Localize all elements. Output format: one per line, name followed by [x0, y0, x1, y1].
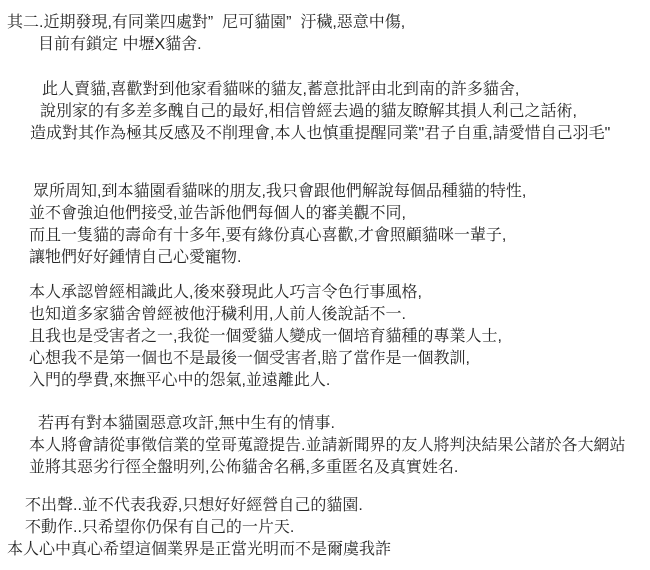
document-page: 其二.近期發現,有同業四處對” 尼可貓園” 汙穢,惡意中傷, 目前有鎖定 中壢X…	[0, 0, 650, 570]
text-line: 不動作..只希望你仍保有自己的一片天.	[0, 517, 650, 539]
text-line: 入門的學費,來撫平心中的怨氣,並遠離此人.	[0, 370, 650, 392]
text-line: 也知道多家貓舍曾經被他汙穢利用,人前人後說話不一.	[0, 304, 650, 326]
text-line: 本人承認曾經相識此人,後來發現此人巧言令色行事風格,	[0, 282, 650, 304]
text-line: 若再有對本貓園惡意攻訐,無中生有的情事.	[0, 413, 650, 435]
text-line: 而且一隻貓的壽命有十多年,要有緣份真心喜歡,才會照顧貓咪一輩子,	[0, 225, 650, 247]
paragraph-4: 本人承認曾經相識此人,後來發現此人巧言令色行事風格, 也知道多家貓舍曾經被他汙穢…	[0, 282, 650, 392]
text-line: 且我也是受害者之一,我從一個愛貓人變成一個培育貓種的專業人士,	[0, 326, 650, 348]
text-line: 讓牠們好好鍾情自己心愛寵物.	[0, 247, 650, 269]
text-line: 並將其惡劣行徑全盤明列,公佈貓舍名稱,多重匿名及真實姓名.	[0, 457, 650, 479]
text-line: 本人心中真心希望這個業界是正當光明而不是爾虞我詐	[0, 539, 650, 561]
paragraph-3: 眾所周知,到本貓園看貓咪的朋友,我只會跟他們解說每個品種貓的特性, 並不會強迫他…	[0, 181, 650, 269]
paragraph-6: 不出聲..並不代表我孬,只想好好經營自己的貓園. 不動作..只希望你仍保有自己的…	[0, 495, 650, 561]
text-line: 不出聲..並不代表我孬,只想好好經營自己的貓園.	[0, 495, 650, 517]
text-line: 並不會強迫他們接受,並告訴他們每個人的審美觀不同,	[0, 203, 650, 225]
text-line: 此人賣貓,喜歡對到他家看貓咪的貓友,蓄意批評由北到南的許多貓舍,	[0, 79, 650, 101]
text-line: 造成對其作為極其反感及不削理會,本人也慎重提醒同業"君子自重,請愛惜自己羽毛"	[0, 123, 650, 145]
text-line: 心想我不是第一個也不是最後一個受害者,賠了當作是一個教訓,	[0, 348, 650, 370]
text-line: 本人將會請從事徵信業的堂哥蒐證提告.並請新聞界的友人將判決結果公諸於各大網站	[0, 435, 650, 457]
text-line: 其二.近期發現,有同業四處對” 尼可貓園” 汙穢,惡意中傷,	[0, 12, 650, 34]
paragraph-5: 若再有對本貓園惡意攻訐,無中生有的情事. 本人將會請從事徵信業的堂哥蒐證提告.並…	[0, 413, 650, 479]
text-line: 眾所周知,到本貓園看貓咪的朋友,我只會跟他們解說每個品種貓的特性,	[0, 181, 650, 203]
paragraph-2: 此人賣貓,喜歡對到他家看貓咪的貓友,蓄意批評由北到南的許多貓舍, 說別家的有多差…	[0, 79, 650, 145]
text-line: 目前有鎖定 中壢X貓舍.	[0, 34, 650, 56]
text-line: 說別家的有多差多醜自己的最好,相信曾經去過的貓友瞭解其損人利己之話術,	[0, 101, 650, 123]
paragraph-1: 其二.近期發現,有同業四處對” 尼可貓園” 汙穢,惡意中傷, 目前有鎖定 中壢X…	[0, 12, 650, 56]
